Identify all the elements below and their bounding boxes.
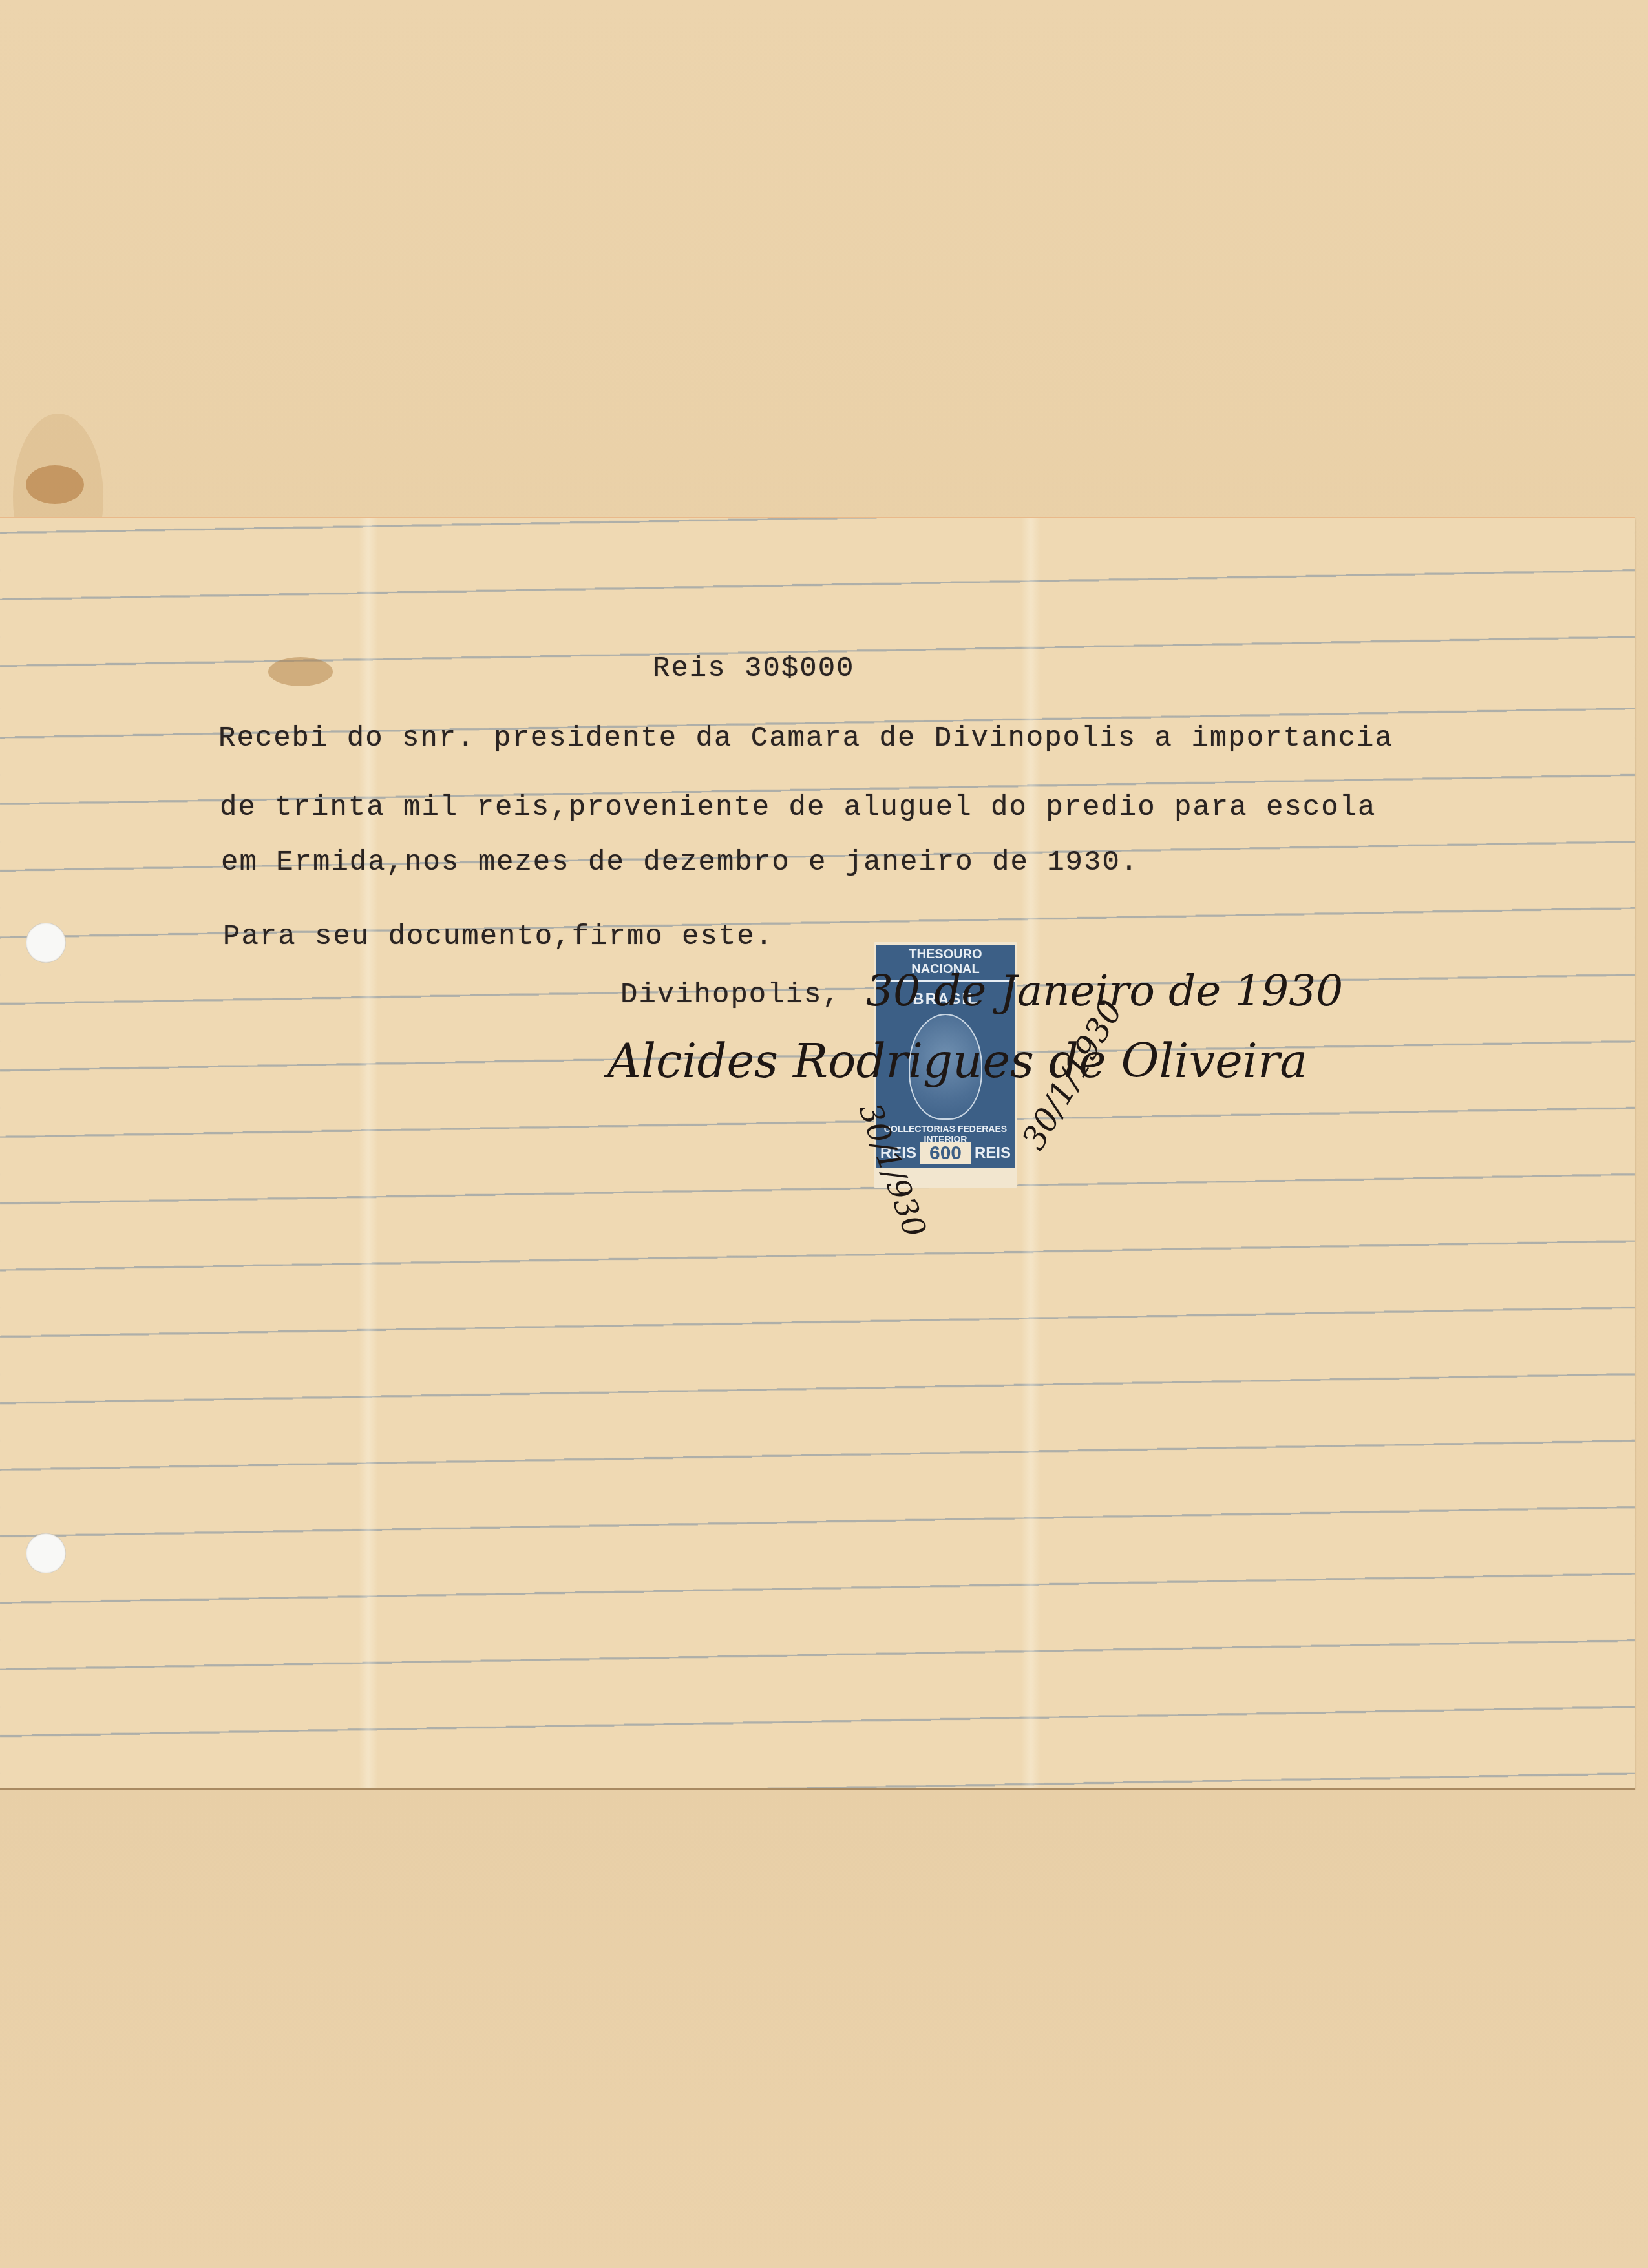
place-typed: Divihopolis,: [620, 979, 841, 1011]
body-line-1: Recebi do snr. presidente da Camara de D…: [218, 722, 1393, 755]
amount-header: Reis 30$000: [653, 653, 854, 685]
stamp-value: 600: [920, 1142, 971, 1164]
body-line-2: de trinta mil reis,proveniente de alugue…: [220, 792, 1376, 824]
paper-fold: [1021, 518, 1041, 1788]
stain-mark: [268, 657, 333, 686]
punch-hole: [26, 1533, 66, 1573]
body-line-4: Para seu documento,firmo este.: [223, 921, 774, 953]
signature: Alcides Rodrigues de Oliveira: [607, 1034, 1307, 1088]
stamp-currency-right: REIS: [975, 1144, 1011, 1162]
body-line-3: em Ermida,nos mezes de dezembro e janeir…: [221, 846, 1139, 879]
back-sheet-bottom: [0, 1790, 1648, 2268]
paper-fold: [359, 518, 378, 1788]
receipt-sheet: [0, 517, 1635, 1790]
punch-hole: [26, 923, 66, 963]
